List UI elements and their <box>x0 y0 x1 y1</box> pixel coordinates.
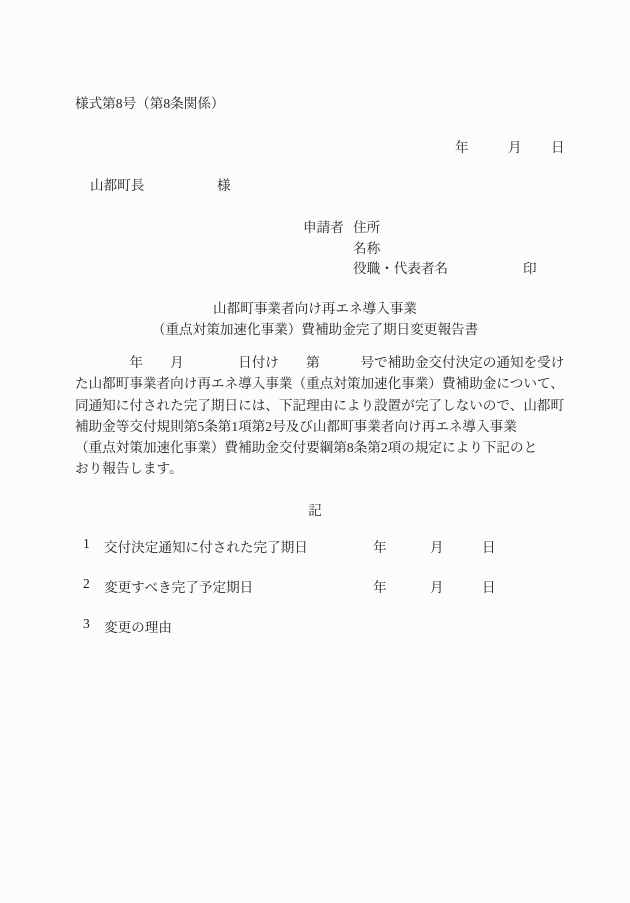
body-line: おり報告します。 <box>75 458 580 479</box>
form-number: 様式第8号（第8条関係） <box>75 92 225 112</box>
item-row-3: 3 変更の理由 <box>0 616 630 636</box>
body-line: た山都町事業者向け再エネ導入事業（重点対策加速化事業）費補助金について、 <box>75 373 580 394</box>
item-label: 交付決定通知に付された完了期日 <box>104 536 308 556</box>
item-date-day-label: 日 <box>482 576 496 596</box>
issue-date-month-label: 月 <box>508 136 522 156</box>
item-date-day-label: 日 <box>482 536 496 556</box>
applicant-representative-label: 役職・代表者名 <box>353 257 448 277</box>
record-marker: 記 <box>0 499 630 519</box>
body-line: 補助金等交付規則第5条第1項第2号及び山都町事業者向け再エネ導入事業 <box>75 416 580 437</box>
applicant-line-name: 名称 <box>0 237 630 257</box>
issue-date-day-label: 日 <box>551 136 565 156</box>
item-label: 変更の理由 <box>104 616 172 636</box>
body-line: （重点対策加速化事業）費補助金交付要綱第8条第2項の規定により下記のと <box>75 437 580 458</box>
issue-date-year-label: 年 <box>455 136 469 156</box>
body-line: 年 月 日付け 第 号で補助金交付決定の通知を受け <box>75 352 580 373</box>
document-title-line1: 山都町事業者向け再エネ導入事業 <box>0 297 630 317</box>
addressee-line: 山都町長 様 <box>0 174 630 194</box>
item-number: 2 <box>83 576 90 592</box>
applicant-name-label: 名称 <box>353 237 380 257</box>
applicant-address-label: 住所 <box>353 216 380 236</box>
item-date-month-label: 月 <box>430 576 444 596</box>
addressee-honorific: 様 <box>217 174 231 194</box>
item-row-1: 1 交付決定通知に付された完了期日 年 月 日 <box>0 536 630 556</box>
seal-label: 印 <box>523 257 537 277</box>
applicant-line-representative: 役職・代表者名 印 <box>0 257 630 277</box>
document-page: 様式第8号（第8条関係） 年 月 日 山都町長 様 申請者 住所 名称 役職・代… <box>0 0 630 903</box>
addressee-name: 山都町長 <box>90 174 144 194</box>
body-line: 同通知に付された完了期日には、下記理由により設置が完了しないので、山都町 <box>75 395 580 416</box>
item-row-2: 2 変更すべき完了予定期日 年 月 日 <box>0 576 630 596</box>
item-date-month-label: 月 <box>430 536 444 556</box>
item-number: 3 <box>83 616 90 632</box>
body-paragraph: 年 月 日付け 第 号で補助金交付決定の通知を受け た山都町事業者向け再エネ導入… <box>75 352 580 480</box>
applicant-label: 申請者 <box>303 216 344 236</box>
applicant-line-address: 申請者 住所 <box>0 216 630 236</box>
item-number: 1 <box>83 536 90 552</box>
item-label: 変更すべき完了予定期日 <box>104 576 253 596</box>
item-date-year-label: 年 <box>373 576 387 596</box>
issue-date-line: 年 月 日 <box>0 136 630 156</box>
item-date-year-label: 年 <box>373 536 387 556</box>
document-title-line2: （重点対策加速化事業）費補助金完了期日変更報告書 <box>0 318 630 338</box>
